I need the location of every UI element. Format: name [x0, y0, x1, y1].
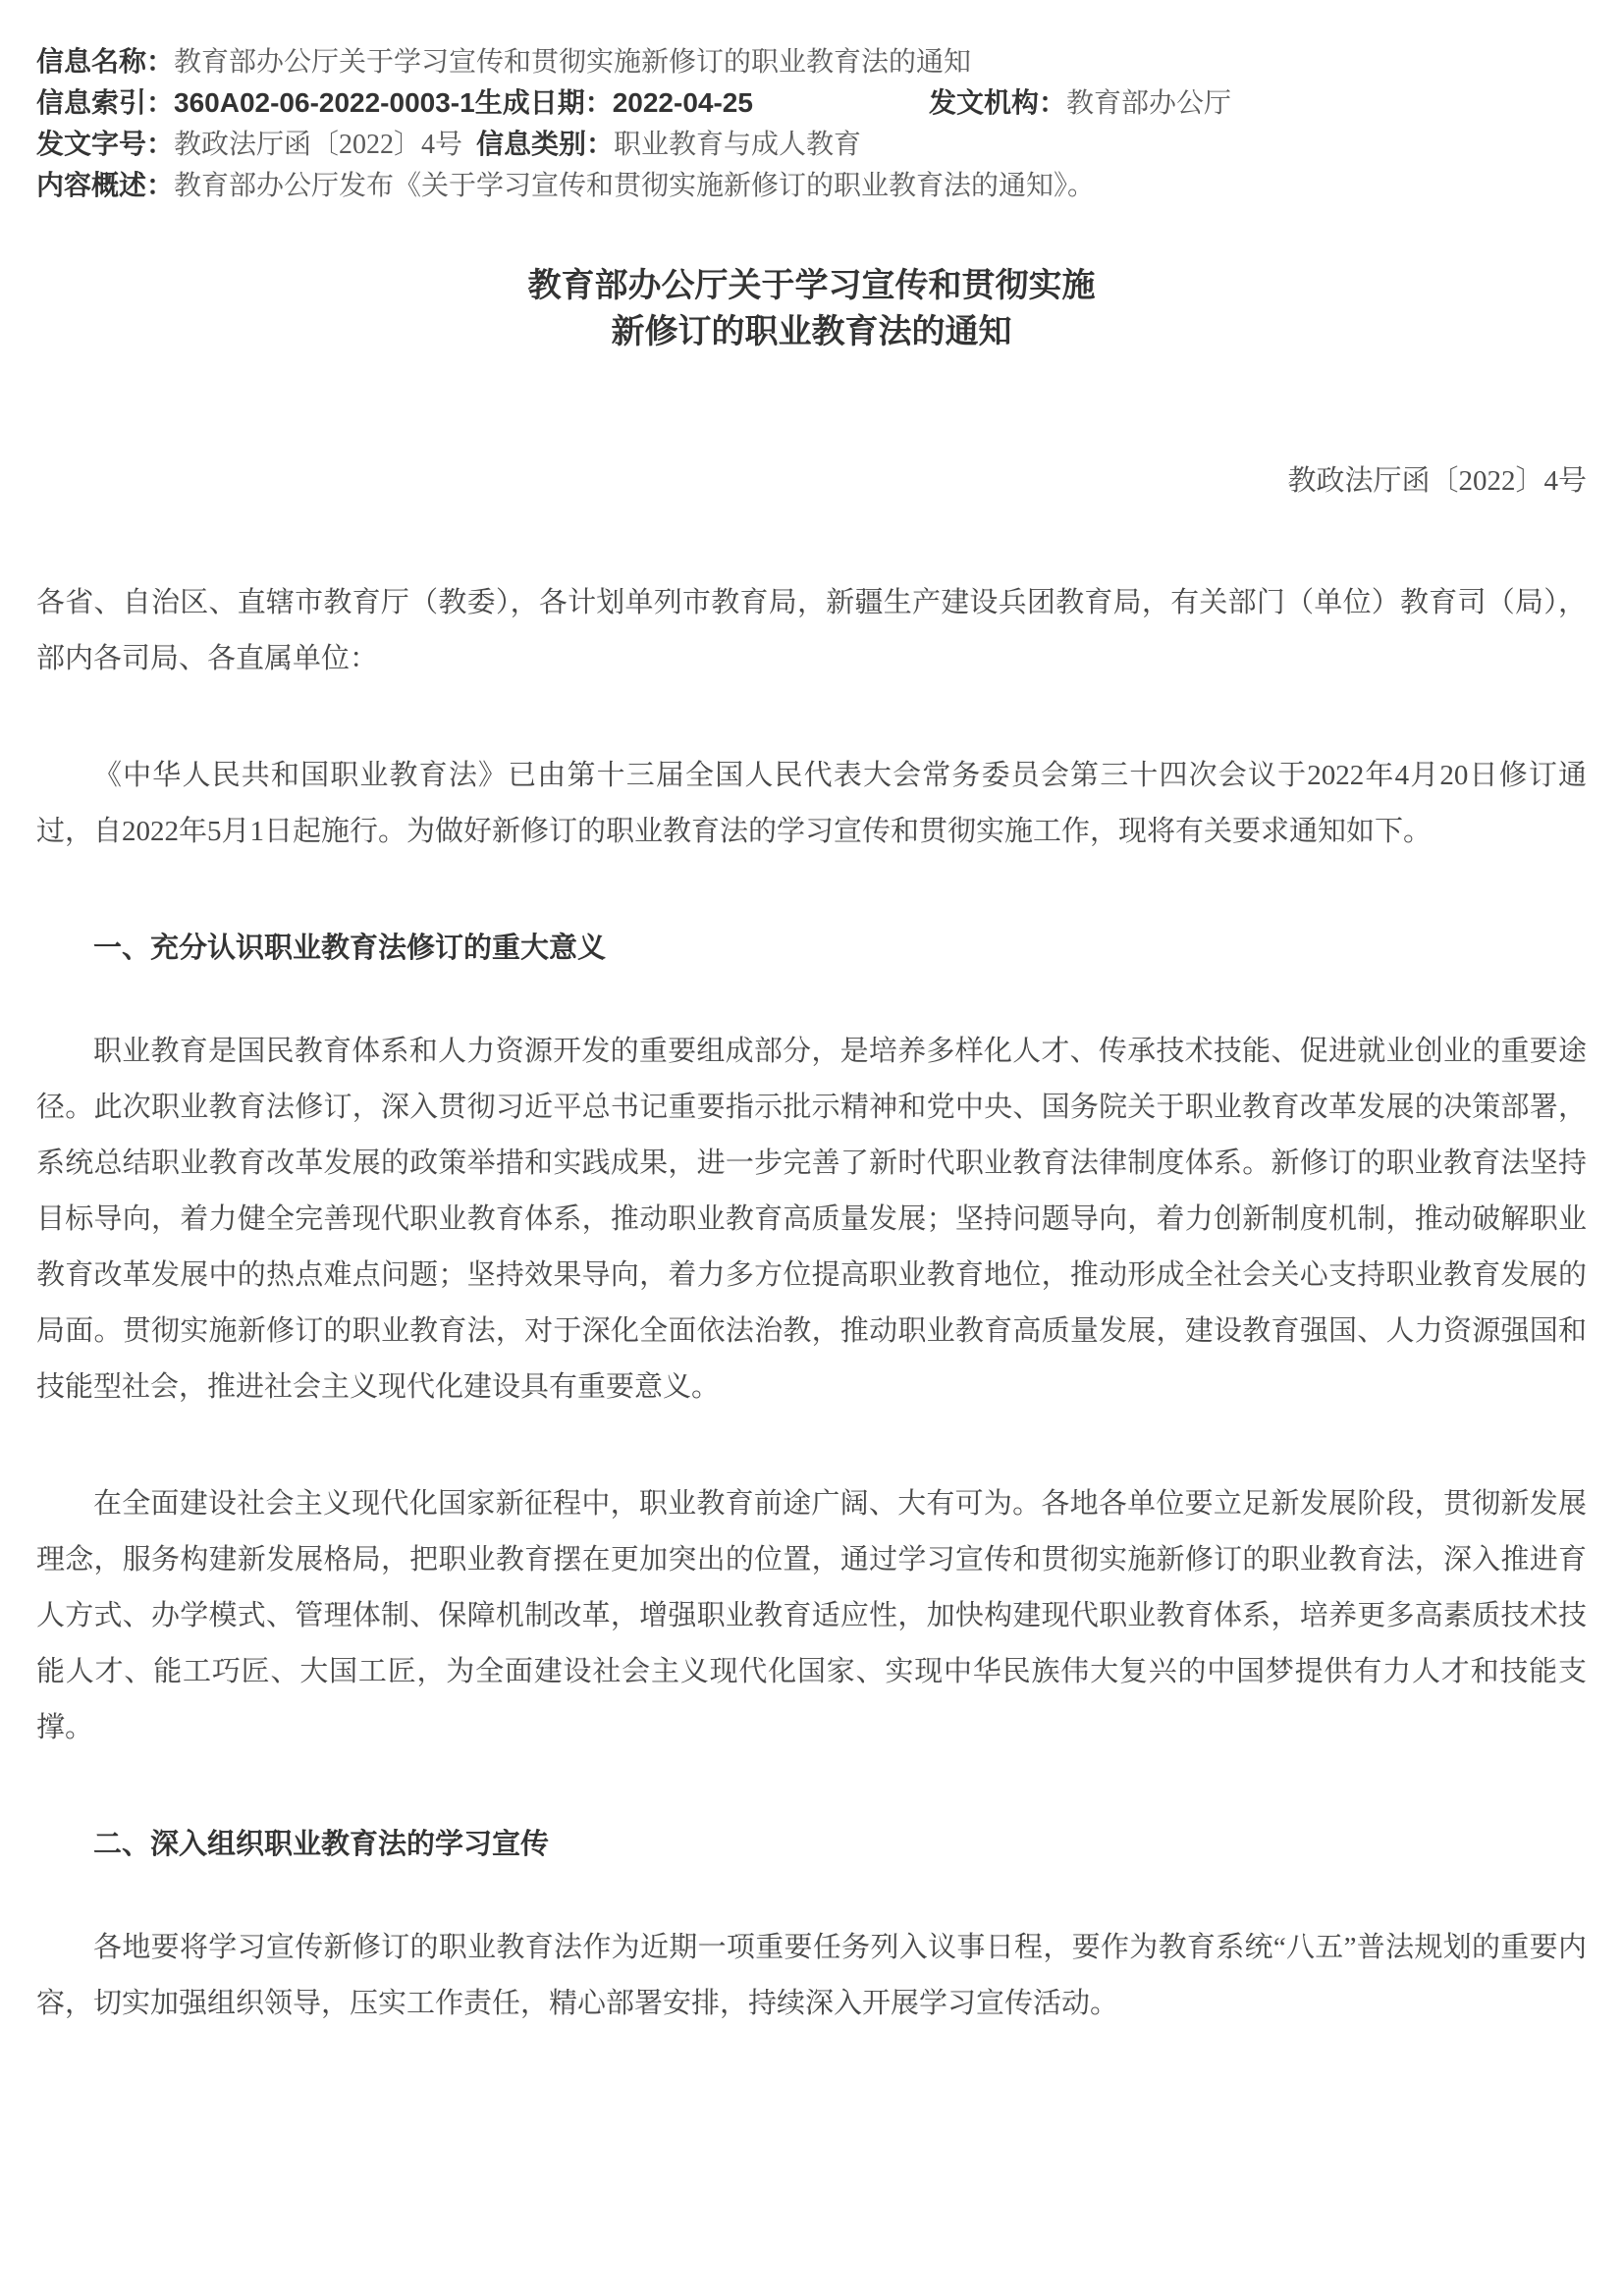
document-page: 信息名称：教育部办公厅关于学习宣传和贯彻实施新修订的职业教育法的通知 信息索引：…: [0, 0, 1623, 2296]
page-title-line2: 新修订的职业教育法的通知: [36, 309, 1587, 355]
section2-paragraph-a: 各地要将学习宣传新修订的职业教育法作为近期一项重要任务列入议事日程，要作为教育系…: [36, 1920, 1587, 2032]
meta-name-label: 信息名称：: [36, 46, 174, 77]
meta-row-index-issuer: 信息索引：360A02-06-2022-0003-1生成日期：2022-04-2…: [36, 82, 1587, 124]
salutation-paragraph: 各省、自治区、直辖市教育厅（教委），各计划单列市教育局，新疆生产建设兵团教育局，…: [36, 575, 1587, 687]
doc-number: 教政法厅函〔2022〕4号: [36, 461, 1587, 501]
meta-summary-value: 教育部办公厅发布《关于学习宣传和贯彻实施新修订的职业教育法的通知》。: [174, 171, 1095, 201]
page-title: 教育部办公厅关于学习宣传和贯彻实施 新修订的职业教育法的通知: [36, 263, 1587, 355]
meta-gen-date-value: 2022-04-25: [613, 87, 753, 118]
intro-paragraph: 《中华人民共和国职业教育法》已由第十三届全国人民代表大会常务委员会第三十四次会议…: [36, 748, 1587, 860]
meta-index-value: 360A02-06-2022-0003-1: [174, 87, 475, 118]
document-body: 各省、自治区、直辖市教育厅（教委），各计划单列市教育局，新疆生产建设兵团教育局，…: [36, 575, 1587, 2032]
meta-header: 信息名称：教育部办公厅关于学习宣传和贯彻实施新修订的职业教育法的通知 信息索引：…: [36, 41, 1587, 206]
meta-gen-date-label: 生成日期：: [475, 87, 613, 118]
meta-name-value: 教育部办公厅关于学习宣传和贯彻实施新修订的职业教育法的通知: [174, 47, 971, 78]
section-heading-1: 一、充分认识职业教育法修订的重大意义: [36, 921, 1587, 977]
meta-row-summary: 内容概述：教育部办公厅发布《关于学习宣传和贯彻实施新修订的职业教育法的通知》。: [36, 165, 1587, 206]
meta-doc-no-value: 教政法厅函〔2022〕4号: [174, 130, 462, 160]
meta-category-label: 信息类别：: [476, 129, 614, 159]
section1-paragraph-b: 在全面建设社会主义现代化国家新征程中，职业教育前途广阔、大有可为。各地各单位要立…: [36, 1476, 1587, 1756]
meta-index-label: 信息索引：: [36, 87, 174, 118]
meta-issuer-label: 发文机构：: [929, 87, 1066, 118]
meta-summary-label: 内容概述：: [36, 170, 174, 200]
meta-issuer-value: 教育部办公厅: [1066, 88, 1231, 119]
meta-category-value: 职业教育与成人教育: [614, 130, 861, 160]
section-heading-2: 二、深入组织职业教育法的学习宣传: [36, 1817, 1587, 1873]
meta-doc-no-label: 发文字号：: [36, 129, 174, 159]
meta-row-docno-category: 发文字号：教政法厅函〔2022〕4号信息类别：职业教育与成人教育: [36, 124, 1587, 165]
meta-row-name: 信息名称：教育部办公厅关于学习宣传和贯彻实施新修订的职业教育法的通知: [36, 41, 1587, 82]
section1-paragraph-a: 职业教育是国民教育体系和人力资源开发的重要组成部分，是培养多样化人才、传承技术技…: [36, 1024, 1587, 1415]
page-title-line1: 教育部办公厅关于学习宣传和贯彻实施: [36, 263, 1587, 309]
